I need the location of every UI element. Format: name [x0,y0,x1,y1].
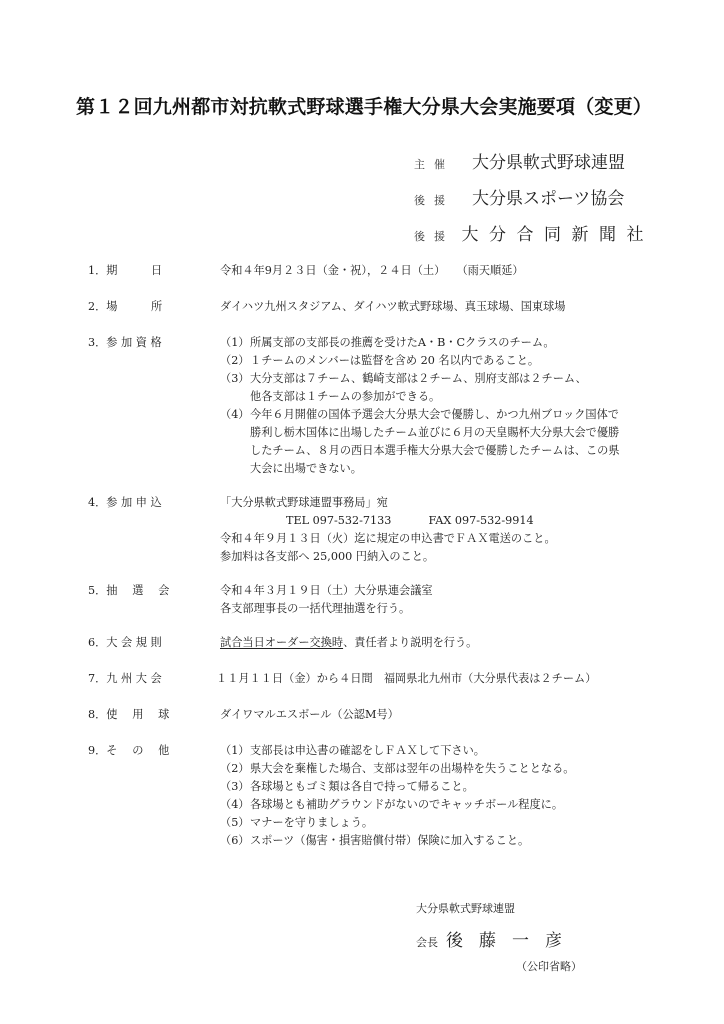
other-item-4: （4） 各球場とも補助グラウンドがないのでキャッチボール程度に。 [220,796,660,814]
signature-organization: 大分県軟式野球連盟 [416,900,616,926]
section-body: （1） 所属支部の支部長の推薦を受けたA・B・Cクラスのチーム。 （2） １チー… [220,334,660,478]
organizer-sponsor-2: 後援 大分合同新聞社 [414,220,654,256]
item-text: 大分支部は７チーム、鶴崎支部は２チーム、別府支部は２チーム、 [250,370,587,388]
organizer-sponsor-1: 後援 大分県スポーツ協会 [414,184,654,220]
section-body: 「大分県軟式野球連盟事務局」宛 TEL 097-532-7133 FAX 097… [220,494,660,566]
organizer-role: 主催 [414,156,472,172]
item-text: 勝利し栃木国体に出場したチーム並びに６月の天皇賜杯大分県大会で優勝 [250,424,620,442]
fax-number: FAX 097-532-9914 [428,514,533,527]
eligibility-item-4: （4） 今年６月開催の国体予選会大分県大会で優勝し、かつ九州ブロック国体で 勝利… [220,406,660,478]
venue-text: ダイハツ九州スタジアム、ダイハツ軟式野球場、真玉球場、国東球場 [220,298,660,316]
kyushu-text: １１月１１日（金）から４日間 福岡県北九州市（大分県代表は２チーム） [216,670,656,688]
item-text: 県大会を棄権した場合、支部は翌年の出場枠を失うこととなる。 [250,760,574,778]
rules-text: 試合当日オーダー交換時、責任者より説明を行う。 [220,634,660,652]
item-text: 各球場ともゴミ類は各自で持って帰ること。 [250,778,474,796]
item-text: 今年６月開催の国体予選会大分県大会で優勝し、かつ九州ブロック国体で [250,406,620,424]
rules-underlined-text: 試合当日オーダー交換時 [220,636,343,649]
section-label: 4．参 加 申 込 [88,494,218,512]
seal-omitted-note: （公印省略） [416,958,616,974]
signature-name: 後藤一彦 [446,926,578,951]
section-label: 5．抽 選 会 [88,582,218,600]
date-text: 令和４年9月２３日（金・祝），２４日（土） （雨天順延） [220,262,660,280]
item-text: 所属支部の支部長の推薦を受けたA・B・Cクラスのチーム。 [250,334,555,352]
application-deadline: 令和４年９月１３日（火）迄に規定の申込書でＦＡＸ電送のこと。 [220,530,660,548]
document-title: 第１２回九州都市対抗軟式野球選手権大分県大会実施要項（変更） [76,92,656,119]
section-label: 2．場 所 [88,298,218,316]
application-addressee: 「大分県軟式野球連盟事務局」宛 [220,494,660,512]
section-label: 3．参 加 資 格 [88,334,218,352]
organizer-name: 大分県軟式野球連盟 [472,148,625,173]
signature-president: 会長 後藤一彦 [416,926,616,958]
section-body: 令和４年9月２３日（金・祝），２４日（土） （雨天順延） [220,262,660,280]
section-body: 試合当日オーダー交換時、責任者より説明を行う。 [220,634,660,652]
item-number: （2） [220,760,250,778]
section-label: 7．九 州 大 会 [88,670,218,688]
item-number: （3） [220,370,250,406]
section-body: 令和４年３月１９日（土）大分県連会議室 各支部理事長の一括代理抽選を行う。 [220,582,660,618]
lottery-note: 各支部理事長の一括代理抽選を行う。 [220,600,660,618]
item-number: （5） [220,814,250,832]
section-body: １１月１１日（金）から４日間 福岡県北九州市（大分県代表は２チーム） [216,670,656,688]
item-text: 大会に出場できない。 [250,460,620,478]
lottery-date: 令和４年３月１９日（土）大分県連会議室 [220,582,660,600]
other-item-1: （1） 支部長は申込書の確認をしＦＡＸして下さい。 [220,742,660,760]
application-fee: 参加料は各支部へ 25,000 円納入のこと。 [220,548,660,566]
item-text: 他各支部は１チームの参加ができる。 [250,388,587,406]
item-text: 支部長は申込書の確認をしＦＡＸして下さい。 [250,742,485,760]
item-number: （1） [220,334,250,352]
other-item-5: （5） マナーを守りましょう。 [220,814,660,832]
item-number: （2） [220,352,250,370]
application-contact: TEL 097-532-7133 FAX 097-532-9914 [220,512,660,530]
rules-rest-text: 、責任者より説明を行う。 [343,636,477,649]
organizer-name: 大分県スポーツ協会 [472,184,624,209]
document-page: 第１２回九州都市対抗軟式野球選手権大分県大会実施要項（変更） 主催 大分県軟式野… [0,0,724,1024]
signature-block: 大分県軟式野球連盟 会長 後藤一彦 （公印省略） [416,900,616,974]
signature-role: 会長 [416,934,438,950]
item-number: （1） [220,742,250,760]
eligibility-item-2: （2） １チームのメンバーは監督を含め 20 名以内であること。 [220,352,660,370]
tel-number: TEL 097-532-7133 [286,514,391,527]
organizer-role: 後援 [414,228,462,244]
ball-text: ダイワマルエスボール（公認M号） [220,706,660,724]
item-text: 各球場とも補助グラウンドがないのでキャッチボール程度に。 [250,796,563,814]
section-body: （1） 支部長は申込書の確認をしＦＡＸして下さい。 （2） 県大会を棄権した場合… [220,742,660,850]
other-item-2: （2） 県大会を棄権した場合、支部は翌年の出場枠を失うこととなる。 [220,760,660,778]
section-label: 1．期 日 [88,262,218,280]
item-text: マナーを守りましょう。 [250,814,373,832]
other-item-6: （6） スポーツ（傷害・損害賠償付帯）保険に加入すること。 [220,832,660,850]
eligibility-item-3: （3） 大分支部は７チーム、鶴崎支部は２チーム、別府支部は２チーム、 他各支部は… [220,370,660,406]
organizer-host: 主催 大分県軟式野球連盟 [414,148,654,184]
item-number: （6） [220,832,250,850]
eligibility-item-1: （1） 所属支部の支部長の推薦を受けたA・B・Cクラスのチーム。 [220,334,660,352]
section-body: ダイワマルエスボール（公認M号） [220,706,660,724]
item-number: （3） [220,778,250,796]
item-number: （4） [220,796,250,814]
item-text: １チームのメンバーは監督を含め 20 名以内であること。 [250,352,539,370]
section-body: ダイハツ九州スタジアム、ダイハツ軟式野球場、真玉球場、国東球場 [220,298,660,316]
section-label: 6．大 会 規 則 [88,634,218,652]
other-item-3: （3） 各球場ともゴミ類は各自で持って帰ること。 [220,778,660,796]
item-text: スポーツ（傷害・損害賠償付帯）保険に加入すること。 [250,832,529,850]
section-label: 8．使 用 球 [88,706,218,724]
item-text: したチーム、８月の西日本選手権大分県大会で優勝したチームは、この県 [250,442,620,460]
organizer-name: 大分合同新聞社 [462,220,655,245]
organizer-role: 後援 [414,192,472,208]
section-label: 9．そ の 他 [88,742,218,760]
item-number: （4） [220,406,250,478]
organizers-block: 主催 大分県軟式野球連盟 後援 大分県スポーツ協会 後援 大分合同新聞社 [414,148,654,256]
